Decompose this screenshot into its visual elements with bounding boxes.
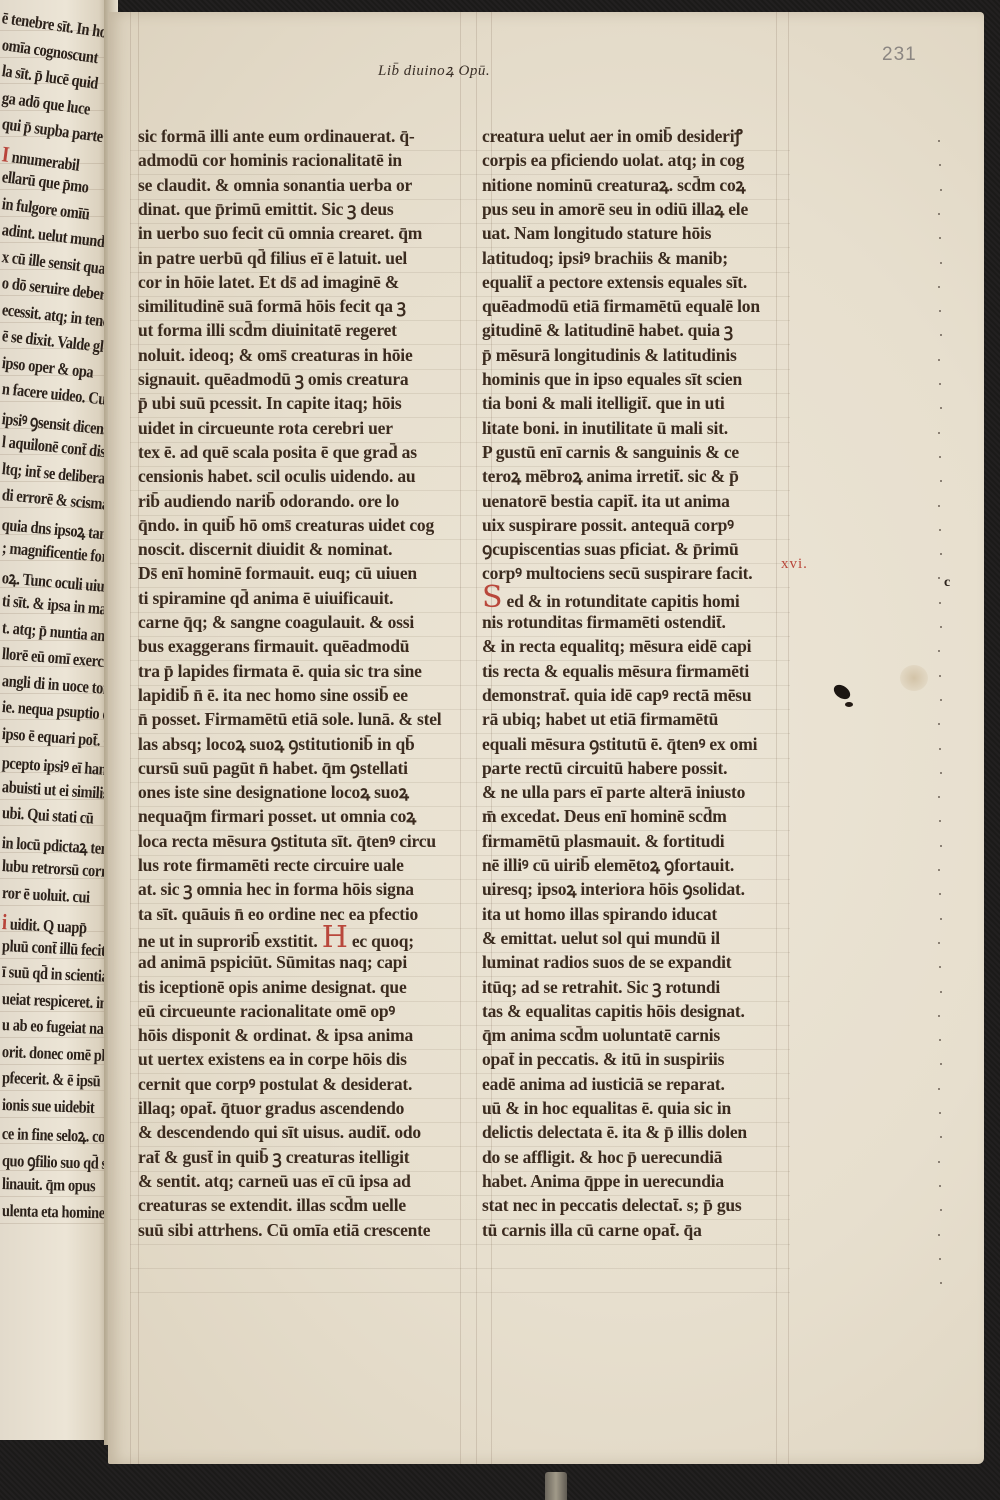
text-line: m̄ excedat. Deus enī hominē scd̄m	[482, 803, 727, 829]
text-line: dinat. que p̄rimū emittit. Sic ꝫ deus	[138, 196, 394, 222]
text-line: nis rotunditas firmamēti ostendit̄.	[482, 609, 726, 635]
text-line: demonstrat̄. quia idē capꝰ rectā mēsu	[482, 682, 751, 708]
chapter-marker: xvi.	[781, 556, 808, 573]
text-line: admodū cor hominis racionalitatē in	[138, 147, 402, 173]
pricking-mark	[938, 286, 940, 288]
text-line: rā ubiq; habet ut etiā firmamētū	[482, 706, 718, 732]
pricking-mark	[940, 918, 942, 920]
text-line: q̄ndo. in quib̄ hō oms̄ creaturas uidet …	[138, 512, 434, 538]
text-line: hominis que in ipso equales sīt scien	[482, 366, 742, 392]
text-line: ta sīt. quāuis n̄ eo ordine nec ea pfect…	[138, 901, 418, 927]
text-line: ita ut homo illas spirando iducat	[482, 901, 717, 927]
text-line: cursū suū pagūt n̄ habet. q̄m ꝯstellati	[138, 755, 408, 781]
text-line: similitudinē suā formā hōis fecit qa ꝫ	[138, 293, 406, 319]
pricking-mark	[940, 626, 942, 628]
text-line: ones iste sine designatione locoꝝ suoꝝ	[138, 779, 409, 805]
pricking-mark	[938, 1161, 940, 1163]
book-clip	[545, 1472, 567, 1500]
text-line: stat nec in peccatis delectat̄. s; p̄ gu…	[482, 1192, 742, 1218]
text-line: tas & equalitas capitis hōis designat.	[482, 998, 745, 1024]
left-page-text-line: ie. nequa psuptio dō	[1, 697, 110, 725]
text-line: luminat radios suos de se expandit	[482, 949, 731, 975]
text-line: & in recta equalitq; mēsura eidē capi	[482, 633, 751, 659]
left-page-text-line: quo ꝯfilio suo qd̄ se	[2, 1148, 110, 1174]
text-line: eū circueunte racionalitate omē opꝰ	[138, 998, 395, 1024]
text-line: litate boni. in inutilitate ū mali sit.	[482, 415, 728, 441]
text-line: lus rote firmamēti recte circuire uale	[138, 852, 404, 878]
text-line: se claudit. & omnia sonantia uerba or	[138, 172, 412, 198]
left-page-text-line: ē se dixit. Valde gl	[1, 326, 104, 357]
left-page-text-line: pluū cont̄ illū fecit	[2, 936, 106, 961]
pricking-mark	[938, 213, 940, 215]
left-page-text-line: in fulgore omīū	[1, 194, 91, 225]
text-line: bus exaggerans firmauit. quēadmodū	[138, 633, 409, 659]
text-line: suū sibi attrhens. Cū omīa etiā crescent…	[138, 1217, 430, 1243]
text-line: ti spiramine qd̄ anima ē uiuificauit.	[138, 585, 393, 611]
pricking-mark	[939, 1258, 941, 1260]
text-line: cor in hōie latet. Et ds̄ ad imaginē &	[138, 269, 399, 295]
text-line: uix suspirare possit. antequā corpꝰ	[482, 512, 734, 538]
text-line: creaturas se extendit. illas scd̄m uelle	[138, 1192, 406, 1218]
text-line: nitione nominū creaturaꝝ. scd̄m coꝝ	[482, 172, 745, 198]
marginal-letter: c	[944, 575, 950, 591]
left-page-text-line: t. atq; p̄ nuntia ang	[1, 618, 110, 647]
text-line: S ed & in rotunditate capitis homi	[482, 585, 739, 611]
pricking-mark	[939, 602, 941, 604]
text-line: tis recta & equalis mēsura firmamēti	[482, 658, 749, 684]
left-page-text-line: ltq; int̄ se delibera	[1, 459, 106, 489]
text-line: & descendendo qui sīt uisus. audit̄. odo	[138, 1119, 421, 1145]
left-page-text-line: i uidit. Q uapp̄	[1, 909, 87, 939]
pricking-mark	[940, 772, 942, 774]
text-line: in uerbo suo fecit cū omnia crearet. q̄m	[138, 220, 422, 246]
text-line: Ds̄ enī hominē formauit. euq; cū uiuen	[138, 560, 417, 586]
pricking-mark	[938, 505, 940, 507]
pricking-mark	[938, 1015, 940, 1017]
left-page-text-line: ipso ē equari pot̄. Q	[1, 724, 110, 752]
running-head: Lib̄ diuinoꝝ Opū.	[378, 60, 490, 80]
text-line: uenatorē bestia capit̄. ita ut anima	[482, 488, 730, 514]
left-page-text-line: linauit. q̄m opus	[2, 1174, 96, 1196]
pricking-mark	[938, 1088, 940, 1090]
text-line: & emittat. uelut sol qui mundū il	[482, 925, 720, 951]
text-line: opat̄ in peccatis. & itū in suspiriis	[482, 1046, 724, 1072]
pricking-mark	[939, 748, 941, 750]
left-page-text-line: ulenta eta homine	[2, 1201, 105, 1223]
text-line: q̄m anima scd̄m uoluntatē carnis	[482, 1022, 720, 1048]
left-page-text-line: di errorē & scisma	[1, 485, 110, 515]
text-line: nequaq̄m firmari posset. ut omnia coꝝ	[138, 803, 416, 829]
text-line: illaq; opat̄. q̄tuor gradus ascendendo	[138, 1095, 404, 1121]
text-line: equali mēsura ꝯstitutū ē. q̄tenꝰ ex omi	[482, 731, 757, 757]
text-line: uidet in circueunte rota cerebri uer	[138, 415, 393, 441]
folio-number: 231	[882, 44, 917, 66]
text-line: las absq; locoꝝ suoꝝ ꝯstitutionib̄ in qb…	[138, 731, 415, 757]
ruling-line	[130, 1244, 790, 1245]
left-page-text-line: ipso oper & opa	[1, 353, 94, 383]
left-page-text-line: pcepto ipsiꝰ eī hanc	[1, 750, 110, 780]
left-page-text-line: ueiat respiceret. in	[2, 989, 108, 1013]
left-page-text-line: llorē eū omī exercitu	[1, 644, 110, 673]
left-page-text-line: ga adō que luce	[1, 88, 92, 119]
text-line: nē illiꝰ cū uirib̄ elemētoꝝ ꝯfortauit.	[482, 852, 734, 878]
ruling-line	[130, 12, 131, 1464]
ruling-line	[788, 12, 789, 1464]
pricking-mark	[940, 699, 942, 701]
text-line: delictis delectata ē. ita & p̄ illis dol…	[482, 1119, 747, 1145]
text-line: signauit. quēadmodū ꝫ omis creatura	[138, 366, 408, 392]
text-line: p̄ mēsurā longitudinis & latitudinis	[482, 342, 737, 368]
text-line: parte rectū circuitū habere possit.	[482, 755, 727, 781]
pricking-mark	[938, 432, 940, 434]
text-line: censionis habet. scil oculis uidendo. au	[138, 463, 415, 489]
text-line: loca recta mēsura ꝯstituta sīt. q̄tenꝰ c…	[138, 828, 436, 854]
left-page-text-line: ror ē uoluit. cui	[1, 883, 90, 908]
pricking-mark	[939, 1185, 941, 1187]
text-line: sic formā illi ante eum ordinauerat. q̄-	[138, 123, 415, 149]
text-line: ut forma illi scd̄m diuinitatē regeret	[138, 317, 397, 343]
text-line: tia boni & mali itelligit̄. que in uti	[482, 390, 724, 416]
text-line: rib̄ audiendo narib̄ odorando. ore lo	[138, 488, 399, 514]
text-line: tex ē. ad quē scala posita ē que grad̄ a…	[138, 439, 417, 465]
text-line: cernit que corpꝰ postulat & desiderat.	[138, 1071, 412, 1097]
text-line: uū & in hoc equalitas ē. quia sic in	[482, 1095, 731, 1121]
text-line: itūq; ad se retrahit. Sic ꝫ rotundi	[482, 974, 720, 1000]
left-page-text-line: n facere uideo. Cum	[1, 379, 110, 411]
text-line: noscit. discernit diuidit & nominat.	[138, 536, 392, 562]
text-line: corpꝰ multociens secū suspirare facit.	[482, 560, 752, 586]
text-line: ad animā pspiciūt. Sūmitas naq; capi	[138, 949, 407, 975]
text-line: carne q̄q; & sangne coagulauit. & ossi	[138, 609, 414, 635]
text-line: gitudinē & latitudinē habet. quia ꝫ	[482, 317, 733, 343]
text-line: uat. Nam longitudo stature hōis	[482, 220, 711, 246]
text-line: pus seu in amorē seu in odiū illaꝝ ele	[482, 196, 748, 222]
text-line: ꝯcupiscentias suas pficiat. & p̄rimū	[482, 536, 739, 562]
text-line: P gustū enī carnis & sanguinis & ce	[482, 439, 739, 465]
left-page-text-line: adint. uelut mund	[1, 220, 106, 252]
pricking-mark	[940, 189, 942, 191]
ruling-line	[130, 1268, 790, 1269]
pricking-mark	[940, 991, 942, 993]
text-line: eadē anima ad iusticiā se reparat.	[482, 1071, 725, 1097]
text-line: do se affligit. & hoc p̄ uerecundiā	[482, 1144, 722, 1170]
pricking-mark	[939, 456, 941, 458]
text-line: lapidib̄ n̄ ē. ita nec homo sine ossib̄ …	[138, 682, 408, 708]
left-facing-page: ē tenebre sīt. In hocomīa cognoscuntla s…	[0, 0, 110, 1440]
parchment-stain	[900, 665, 928, 691]
left-page-text-line: in locū pdictaꝝ tene	[1, 830, 110, 860]
text-line: rat̄ & gust̄ in quib̄ ꝫ creaturas itelli…	[138, 1144, 409, 1170]
left-page-text-line: orit. donec omē plu	[2, 1042, 110, 1066]
text-line: tis iceptionē opis anime designat. que	[138, 974, 407, 1000]
text-line: in patre uerbū qd̄ filius eī ē latuit. u…	[138, 245, 407, 271]
pricking-mark	[939, 1112, 941, 1114]
text-line: tū carnis illa cū carne opat̄. q̄a	[482, 1217, 702, 1243]
text-line: latitudoq; ipsiꝰ brachiis & manib;	[482, 245, 728, 271]
text-line: at. sic ꝫ omnia hec in forma hōis signa	[138, 876, 414, 902]
text-line: habet. Anima q̄ppe in uerecundia	[482, 1168, 724, 1194]
ink-blot-small	[845, 702, 853, 707]
pricking-mark	[939, 675, 941, 677]
pricking-mark	[938, 359, 940, 361]
text-line: firmamētū plasmauit. & fortitudi	[482, 828, 724, 854]
pricking-mark	[940, 845, 942, 847]
pricking-mark	[938, 1234, 940, 1236]
text-line: & ne ulla pars eī parte alterā iniusto	[482, 779, 745, 805]
left-page-text-line: angli di in uoce tonit	[1, 671, 110, 700]
text-line: teroꝝ mēbroꝝ anima irretit̄. sic & p̄	[482, 463, 739, 489]
pricking-mark	[938, 942, 940, 944]
text-line: n̄ posset. Firmamētū etiā sole. lunā. & …	[138, 706, 441, 732]
text-line: ut uertex existens ea in corpe hōis dis	[138, 1046, 407, 1072]
text-line: corpis ea pficiendo uolat. atq; in cog	[482, 147, 744, 173]
pricking-mark	[939, 529, 941, 531]
ruling-line	[130, 1292, 790, 1293]
text-line: noluit. ideoq; & oms̄ creaturas in hōie	[138, 342, 413, 368]
ruling-line	[460, 12, 461, 1464]
text-line: uiresq; ipsoꝝ interiora hōis ꝯsolidat.	[482, 876, 745, 902]
text-line: hōis disponit & ordinat. & ipsa anima	[138, 1022, 413, 1048]
left-page-text-line: ce in fine seloꝝ. cot	[2, 1121, 110, 1147]
pricking-mark	[939, 383, 941, 385]
text-line: ne ut in suprorib̄ exstitit. H ec quoq;	[138, 925, 414, 951]
left-page-text-line: u ab eo fugeiat naq̄	[2, 1015, 110, 1039]
text-line: tra p̄ lapides firmata ē. quia sic tra s…	[138, 658, 422, 684]
text-line: p̄ ubi suū pcessit. In capite itaq; hōis	[138, 390, 402, 416]
text-line: creatura uelut aer in omib̄ desideriꝭ	[482, 123, 743, 149]
pricking-mark	[938, 140, 940, 142]
left-page-text-line: ionis sue uidebit	[2, 1095, 95, 1118]
ruling-line	[476, 12, 477, 1464]
pricking-mark	[940, 262, 942, 264]
text-line: & sentit. atq; carneū uas eī cū ipsa ad	[138, 1168, 411, 1194]
left-page-text-line: pfecerit. & ē ipsū	[2, 1068, 101, 1091]
text-line: equalit̄ a pectore extensis equales sīt.	[482, 269, 747, 295]
text-line: quēadmodū etiā firmamētū equalē lon	[482, 293, 760, 319]
ruling-line	[776, 12, 777, 1464]
pricking-mark	[938, 869, 940, 871]
